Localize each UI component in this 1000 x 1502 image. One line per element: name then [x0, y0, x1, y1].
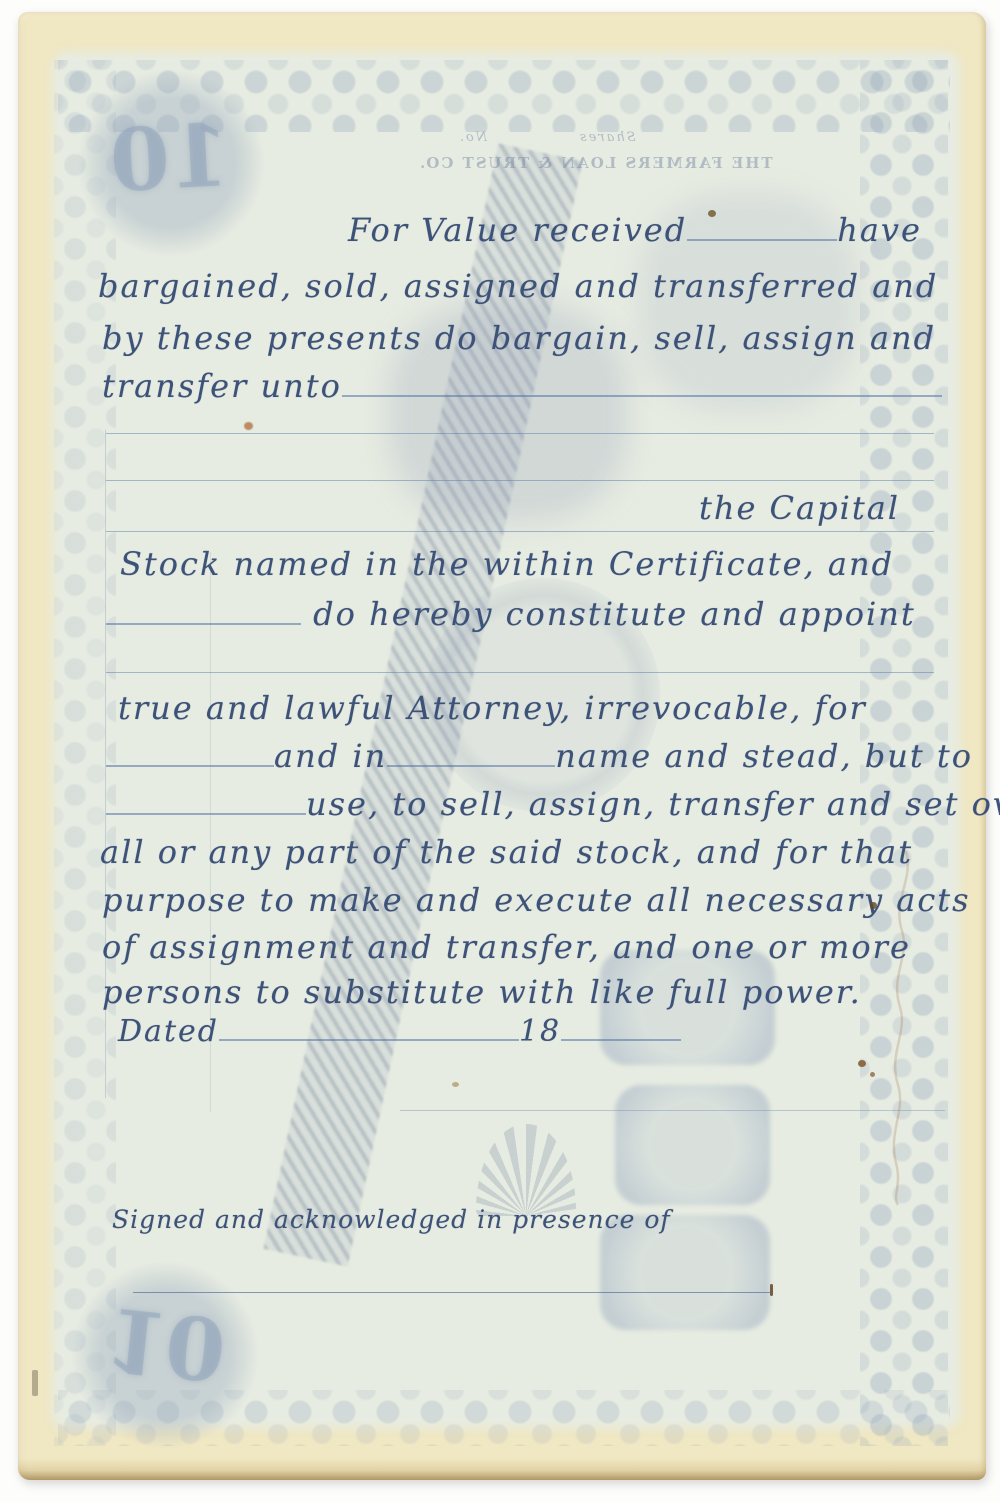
- assignment-form: For Value receivedhave bargained, sold, …: [18, 12, 986, 1480]
- edge-mark-bottom-left: [32, 1370, 38, 1396]
- ink-spot-top: [708, 210, 716, 217]
- form-line-4: transfer unto: [102, 364, 942, 408]
- line-9-text: use, to sell, assign, transfer and set o…: [306, 785, 1000, 823]
- ruled-line-1: [106, 433, 934, 434]
- ruled-line-3: [106, 531, 934, 532]
- witness-signature-rule: [133, 1292, 770, 1293]
- form-witness-line: Signed and acknowledged in presence of: [112, 1202, 671, 1238]
- ruled-line-5: [400, 1110, 945, 1111]
- certificate-paper: 10 10 No. Shares THE FARMERS LOAN & TRUS…: [18, 12, 986, 1480]
- blank-field-transferee: [342, 393, 942, 397]
- form-line-13: persons to substitute with like full pow…: [102, 970, 862, 1014]
- line-6-text: do hereby constitute and appoint: [313, 595, 916, 633]
- form-line-3: by these presents do bargain, sell, assi…: [102, 316, 936, 360]
- blank-field-date: [219, 1037, 519, 1041]
- line-1-text: For Value received: [348, 211, 687, 249]
- form-line-12: of assignment and transfer, and one or m…: [102, 925, 911, 969]
- foxing-spot-4: [870, 1072, 875, 1077]
- blank-field-year: [561, 1037, 681, 1041]
- ruled-line-4: [106, 672, 934, 673]
- blank-field-for-whom: [106, 763, 274, 767]
- dated-century: 18: [519, 1014, 561, 1049]
- foxing-spot-5: [452, 1082, 459, 1087]
- form-line-11: purpose to make and execute all necessar…: [102, 878, 971, 922]
- form-capital: the Capital: [699, 486, 900, 530]
- blank-field-attorney-lead: [106, 621, 301, 625]
- foxing-spot-1: [244, 422, 253, 430]
- scan-background: 10 10 No. Shares THE FARMERS LOAN & TRUS…: [0, 0, 1000, 1502]
- line-8-text-a: and in: [274, 737, 387, 775]
- blank-field-whose-use: [106, 811, 306, 815]
- ruled-line-2: [106, 480, 934, 481]
- form-line-10: all or any part of the said stock, and f…: [100, 830, 913, 874]
- dated-label: Dated: [118, 1014, 219, 1049]
- line-4-text: transfer unto: [102, 367, 342, 405]
- blank-field-name: [387, 763, 555, 767]
- line-8-text-b: name and stead, but to: [555, 737, 973, 775]
- foxing-spot-2: [870, 902, 877, 909]
- blank-field-assignor: [687, 237, 837, 241]
- form-line-9: use, to sell, assign, transfer and set o…: [106, 782, 1000, 826]
- line-1-text-end: have: [837, 211, 922, 249]
- form-line-2: bargained, sold, assigned and transferre…: [98, 264, 938, 308]
- form-line-5: Stock named in the within Certificate, a…: [120, 542, 894, 586]
- form-line-7: true and lawful Attorney, irrevocable, f…: [118, 686, 867, 730]
- form-line-1: For Value receivedhave: [348, 208, 922, 252]
- pen-tick-witness-line: [770, 1284, 773, 1296]
- form-line-8: and inname and stead, but to: [106, 734, 973, 778]
- form-dated-line: Dated18: [118, 1010, 681, 1054]
- foxing-spot-3: [858, 1060, 866, 1067]
- form-line-6: do hereby constitute and appoint: [106, 592, 916, 636]
